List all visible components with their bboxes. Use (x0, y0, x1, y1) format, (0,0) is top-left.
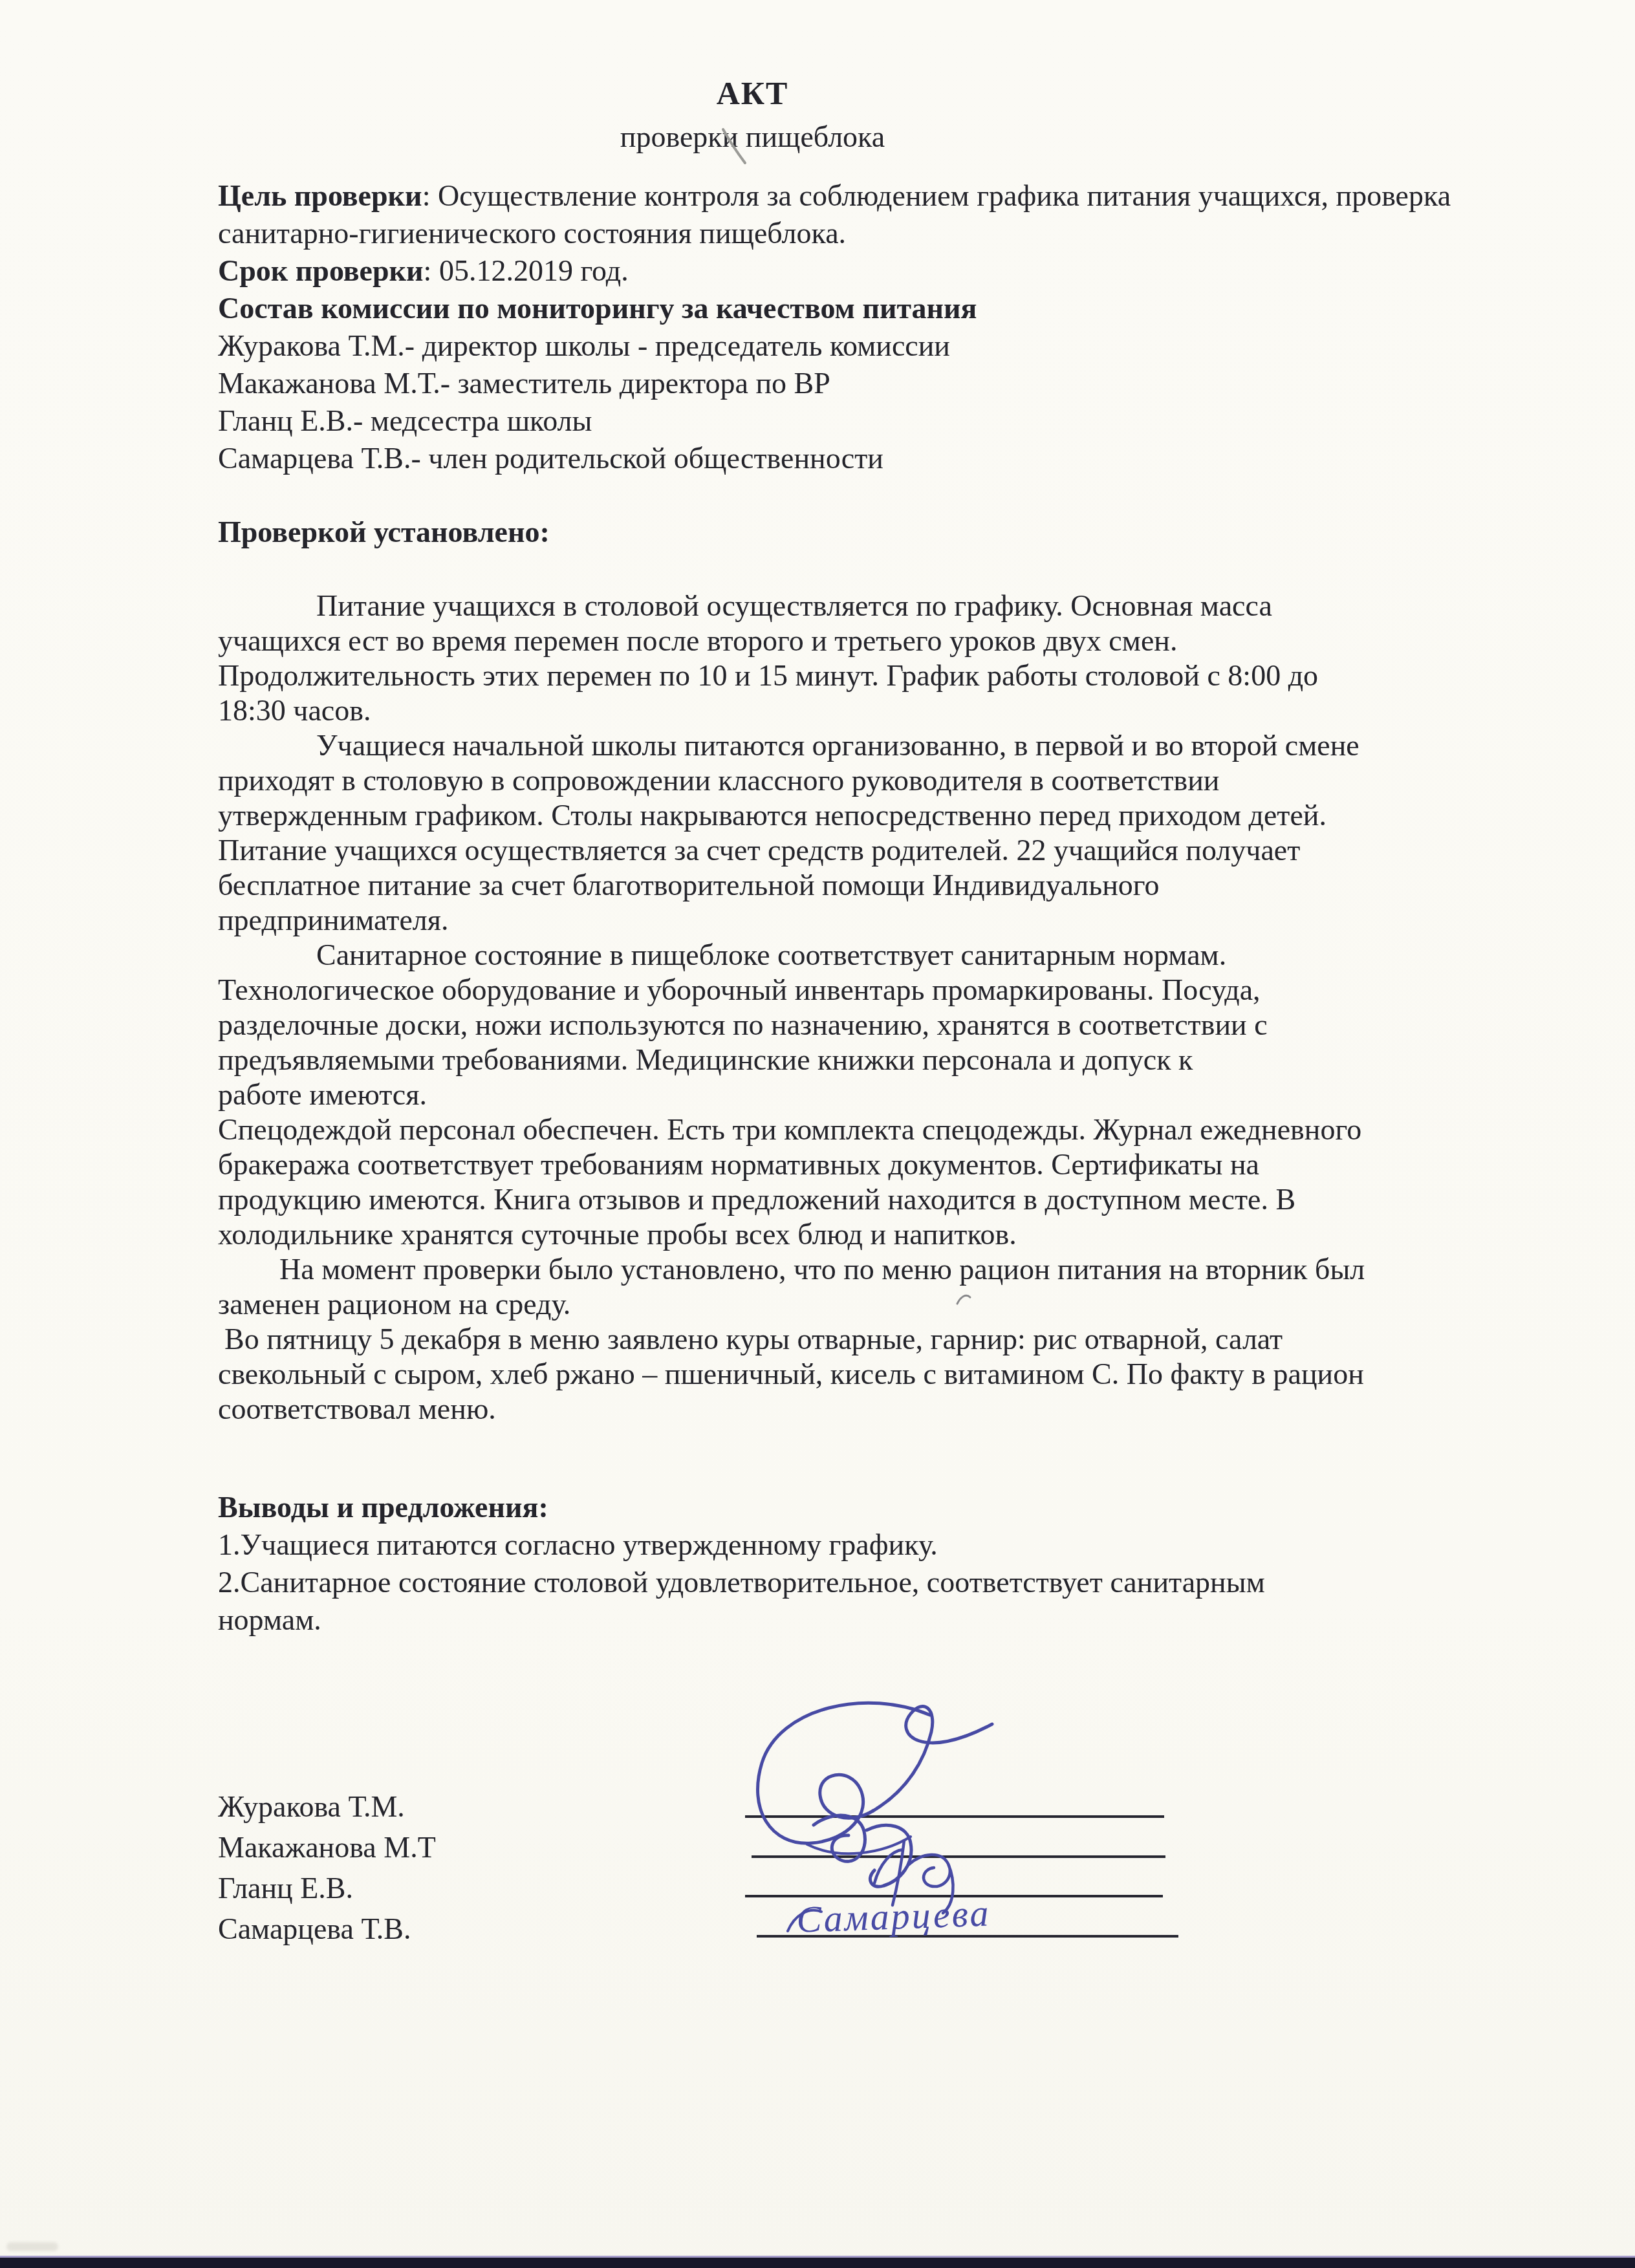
commission-member: Журакова Т.М.- директор школы - председа… (218, 327, 1481, 365)
period-line: Срок проверки: 05.12.2019 год. (218, 252, 1481, 290)
signatory-name: Самарцева Т.В. (218, 1908, 436, 1949)
commission-member: Макажанова М.Т.- заместитель директора п… (218, 365, 1481, 402)
signature-ink-1-tail (873, 1707, 992, 1811)
findings-paragraph: Учащиеся начальной школы питаются органи… (218, 728, 1481, 938)
signatory-name: Гланц Е.В. (218, 1868, 436, 1908)
commission-member: Самарцева Т.В.- член родительской общест… (218, 440, 1481, 477)
findings-paragraph: Во пятницу 5 декабря в меню заявлено кур… (218, 1322, 1481, 1427)
signature-ink-2 (814, 1815, 911, 1886)
document-title: АКТ (121, 67, 1384, 119)
signature-line (752, 1855, 1165, 1858)
signature-ink-1-cross (807, 1837, 911, 1853)
signature-ink-3 (874, 1841, 953, 1913)
scan-bottom-band (0, 2258, 1635, 2268)
signature-line (757, 1935, 1178, 1938)
document-subtitle: проверки пищеблока (121, 119, 1384, 155)
signature-ink-4-lead (788, 1910, 821, 1931)
period-text: : 05.12.2019 год. (424, 254, 629, 287)
signatory-name: Журакова Т.М. (218, 1786, 436, 1827)
document-page: АКТ проверки пищеблока Цель проверки: Ос… (0, 0, 1635, 2268)
scan-smudge (6, 2242, 58, 2251)
signature-ink-4-text: Самарцева (796, 1892, 991, 1940)
conclusion-item: 2.Санитарное состояние столовой удовлетв… (218, 1564, 1481, 1639)
purpose-label: Цель проверки (218, 179, 422, 212)
commission-heading: Состав комиссии по мониторингу за качест… (218, 290, 1481, 327)
signature-ink-group: Самарцева (758, 1703, 992, 1941)
signatories-list: Журакова Т.М. Макажанова М.Т Гланц Е.В. … (218, 1786, 436, 1949)
period-label: Срок проверки (218, 254, 424, 287)
signatory-name: Макажанова М.Т (218, 1827, 436, 1868)
signature-ink-1 (758, 1703, 930, 1843)
title-block: АКТ проверки пищеблока (121, 67, 1384, 155)
conclusions-heading: Выводы и предложения: (218, 1489, 1481, 1526)
signature-line (745, 1895, 1163, 1897)
findings-paragraph: Спецодеждой персонал обеспечен. Есть три… (218, 1112, 1481, 1252)
findings-heading: Проверкой установлено: (218, 513, 1481, 551)
findings-paragraph: Питание учащихся в столовой осуществляет… (218, 589, 1481, 728)
findings-paragraph: На момент проверки было установлено, что… (218, 1252, 1481, 1322)
findings-paragraph: Санитарное состояние в пищеблоке соответ… (218, 938, 1481, 1112)
purpose-line: Цель проверки: Осуществление контроля за… (218, 177, 1481, 252)
signature-line (745, 1815, 1164, 1818)
conclusion-item: 1.Учащиеся питаются согласно утвержденно… (218, 1526, 1481, 1564)
commission-member: Гланц Е.В.- медсестра школы (218, 402, 1481, 440)
